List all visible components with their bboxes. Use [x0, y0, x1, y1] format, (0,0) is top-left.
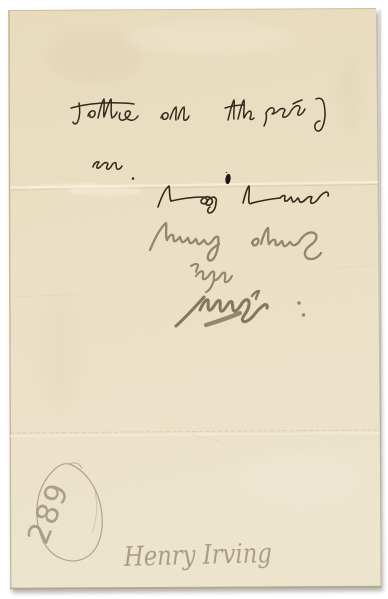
letter-photo-stage: 289 Henry Irving: [0, 0, 388, 599]
letter-photo: 289 Henry Irving: [0, 0, 388, 599]
pencil-caption: Henry Irving: [123, 538, 273, 573]
paper-edge-right: [380, 9, 381, 587]
